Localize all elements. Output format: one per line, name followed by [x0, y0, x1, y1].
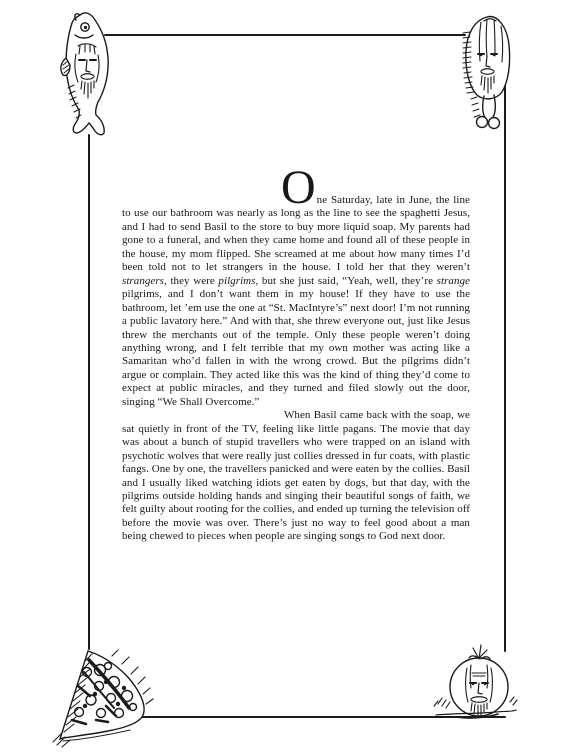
tomato-with-jesus-face-icon — [426, 640, 518, 720]
fish-with-jesus-face-icon — [58, 10, 122, 136]
text-run: but she just said, “Yeah, well, they’re — [258, 275, 436, 287]
italic-text-run: strange — [437, 275, 470, 287]
page-border-top — [104, 34, 466, 36]
drumstick-with-jesus-face-icon — [461, 13, 517, 131]
page-text: One Saturday, late in June, the line to … — [122, 181, 470, 544]
text-run: pilgrims, and I don’t want them in my ho… — [122, 288, 470, 408]
page-border-left — [88, 134, 90, 650]
page-border-right — [504, 55, 506, 652]
text-run: When Basil came back with the soap, we s… — [122, 409, 470, 542]
paragraph-opening: One Saturday, late in June, the line to … — [122, 181, 470, 409]
pizza-slice-icon — [50, 644, 156, 748]
drop-cap-letter: O — [281, 161, 317, 214]
book-page: One Saturday, late in June, the line to … — [0, 0, 584, 754]
italic-text-run: pilgrims, — [218, 275, 258, 287]
text-run: they were — [167, 275, 219, 287]
paragraph-second: When Basil came back with the soap, we s… — [122, 409, 470, 544]
italic-text-run: strangers, — [122, 275, 167, 287]
